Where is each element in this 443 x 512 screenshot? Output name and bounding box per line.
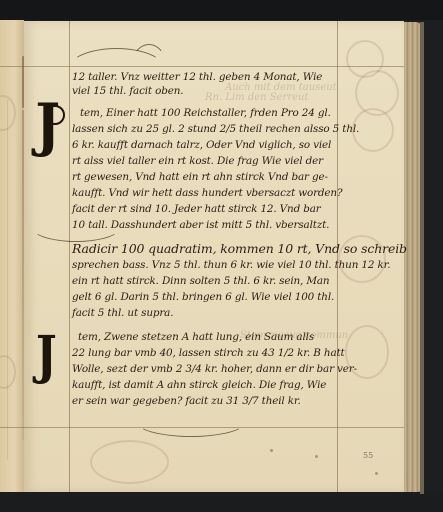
text-line: kaufft. Vnd wir hett dass hundert vbersa… — [72, 186, 342, 200]
manuscript-scan: Auch mit dem tauseut Rn. Lim den Serreut… — [0, 0, 443, 512]
paper-stain — [270, 449, 273, 452]
book-cover-edge — [420, 22, 424, 494]
text-line: facit 5 thl. ut supra. — [72, 306, 173, 320]
paper-stain — [375, 472, 378, 475]
bleedthrough-flourish — [90, 440, 169, 484]
decorated-initial-j: J — [36, 330, 57, 382]
text-line: 12 taller. Vnz weitter 12 thl. geben 4 M… — [72, 70, 322, 84]
text-line: 6 kr. kaufft darnach talrz, Oder Vnd vig… — [72, 138, 331, 152]
text-line: gelt 6 gl. Darin 5 thl. bringen 6 gl. Wi… — [72, 290, 334, 304]
text-line: tem, Einer hatt 100 Reichstaller, frden … — [80, 106, 331, 120]
text-line: rt alss viel taller ein rt kost. Die fra… — [72, 154, 323, 168]
text-line: ein rt hatt stirck. Dinn solten 5 thl. 6… — [72, 274, 329, 288]
bleedthrough-text: Rn. Lim den Serreut — [205, 92, 308, 103]
text-line: facit der rt sind 10. Jeder hatt stirck … — [72, 202, 321, 216]
text-line: kaufft, ist damit A ahn stirck gleich. D… — [72, 378, 326, 392]
facing-margin-rule — [7, 100, 8, 460]
text-line: Wolle, sezt der vmb 2 3/4 kr. hoher, dan… — [72, 362, 357, 376]
text-line: 10 tall. Dasshundert aber ist mitt 5 thl… — [72, 218, 329, 232]
text-line: lassen sich zu 25 gl. 2 stund 2/5 theil … — [72, 122, 359, 136]
text-line: tem, Zwene stetzen A hatt lung, ein Saum… — [78, 330, 314, 344]
text-line: Radicir 100 quadratim, kommen 10 rt, Vnd… — [72, 242, 407, 256]
text-line: er sein war gegeben? facit zu 31 3/7 the… — [72, 394, 301, 408]
descender-flourish — [135, 405, 247, 437]
top-margin-rule — [0, 66, 404, 67]
scan-background-top — [0, 0, 443, 20]
initial-ornament — [45, 105, 65, 125]
text-line: 22 lung bar vmb 40, lassen stirch zu 43 … — [72, 346, 345, 360]
scan-background-bottom — [0, 492, 443, 512]
folio-number: 55 — [363, 451, 373, 460]
facing-page-edge — [0, 20, 24, 492]
text-line: sprechen bass. Vnz 5 thl. thun 6 kr. wie… — [72, 258, 390, 272]
text-line: viel 15 thl. facit oben. — [72, 84, 183, 98]
paper-stain — [315, 455, 318, 458]
left-margin-rule — [69, 21, 70, 492]
text-line: rt gewesen, Vnd hatt ein rt ahn stirck V… — [72, 170, 328, 184]
